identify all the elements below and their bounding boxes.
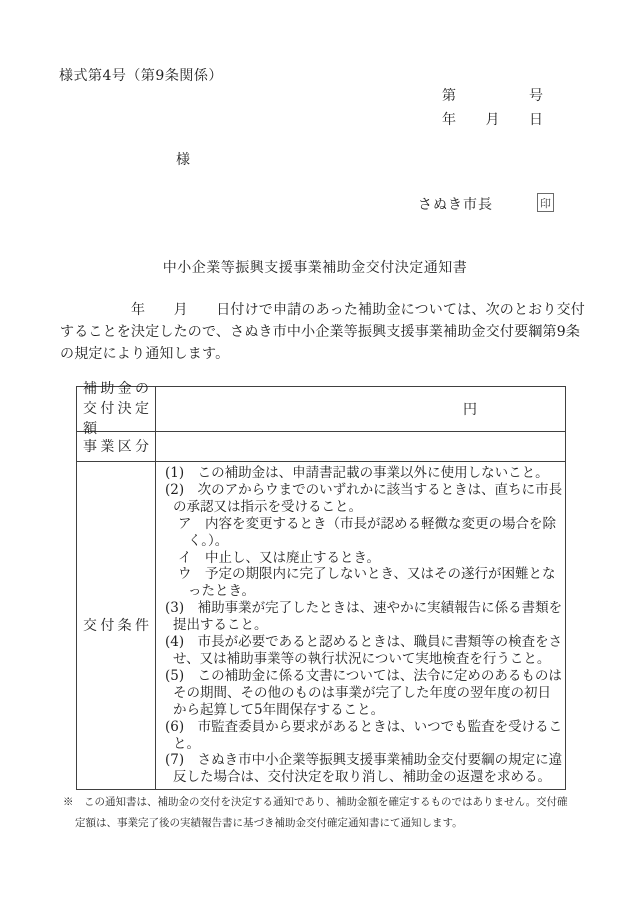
- amount-label-line1: 補助金の: [83, 379, 149, 399]
- conditions-cell: (1) この補助金は、申請書記載の事業以外に使用しないこと。 (2) 次のアから…: [156, 462, 565, 789]
- condition-line: その期間、その他のものは事業が完了した年度の翌年度の初日: [165, 685, 561, 702]
- condition-line: 提出すること。: [165, 617, 561, 634]
- date-line: 年 月 日: [442, 109, 543, 129]
- sender-title: さぬき市長: [418, 194, 493, 214]
- condition-line: (1) この補助金は、申請書記載の事業以外に使用しないこと。: [165, 465, 561, 482]
- body-line: の規定により通知します。: [60, 343, 580, 365]
- condition-line: く。）。: [165, 533, 561, 550]
- date-month-label: 月: [486, 109, 500, 129]
- form-number: 様式第4号（第9条関係）: [59, 65, 223, 85]
- date-year-label: 年: [442, 109, 456, 129]
- condition-line: (4) 市長が必要であると認めるときは、職員に書類等の検査をさ: [165, 634, 561, 651]
- footnote-line: ※ この通知書は、補助金の交付を決定する通知であり、補助金額を確定するものではあ…: [63, 792, 588, 813]
- conditions-label: 交付条件: [77, 462, 156, 789]
- amount-label: 補助金の 交付決定額: [77, 387, 156, 431]
- amount-unit: 円: [463, 399, 477, 419]
- grant-decision-table: 補助金の 交付決定額 円 事業区分 交付条件 (1) この補助金は、申請書記載の…: [76, 386, 566, 790]
- document-page: 様式第4号（第9条関係） 第 号 年 月 日 様 さぬき市長 印 中小企業等振興…: [0, 0, 630, 903]
- condition-line: せ、又は補助事業等の執行状況について実地検査を行うこと。: [165, 651, 561, 668]
- footnote-line: 定額は、事業完了後の実績報告書に基づき補助金交付確定通知書にて通知します。: [63, 813, 588, 834]
- condition-line: 反した場合は、交付決定を取り消し、補助金の返還を求める。: [165, 769, 561, 786]
- category-value-cell: [156, 432, 565, 461]
- condition-line: から起算して5年間保存すること。: [165, 702, 561, 719]
- condition-line: (7) さぬき市中小企業等振興支援事業補助金交付要綱の規定に違: [165, 752, 561, 769]
- condition-line: ったとき。: [165, 583, 561, 600]
- doc-number-prefix: 第: [442, 85, 456, 105]
- conditions-row: 交付条件 (1) この補助金は、申請書記載の事業以外に使用しないこと。 (2) …: [77, 462, 565, 789]
- category-row: 事業区分: [77, 432, 565, 462]
- condition-line: (2) 次のアからウまでのいずれかに該当するときは、直ちに市長: [165, 482, 561, 499]
- body-line: することを決定したので、さぬき市中小企業等振興支援事業補助金交付要綱第9条: [60, 321, 580, 343]
- addressee-honorific: 様: [176, 149, 190, 169]
- condition-line: の承認又は指示を受けること。: [165, 499, 561, 516]
- date-day-label: 日: [529, 109, 543, 129]
- condition-line: イ 中止し、又は廃止するとき。: [165, 550, 561, 567]
- amount-row: 補助金の 交付決定額 円: [77, 387, 565, 432]
- seal-mark: 印: [537, 193, 554, 212]
- condition-line: (3) 補助事業が完了したときは、速やかに実績報告に係る書類を: [165, 600, 561, 617]
- doc-number-suffix: 号: [529, 85, 543, 105]
- condition-line: ウ 予定の期限内に完了しないとき、又はその遂行が困難とな: [165, 566, 561, 583]
- body-line: 年 月 日付けで申請のあった補助金については、次のとおり交付: [60, 299, 580, 321]
- footnote: ※ この通知書は、補助金の交付を決定する通知であり、補助金額を確定するものではあ…: [63, 792, 588, 834]
- document-title: 中小企業等振興支援事業補助金交付決定通知書: [0, 257, 630, 277]
- condition-line: (6) 市監査委員から要求があるときは、いつでも監査を受けるこ: [165, 719, 561, 736]
- condition-line: と。: [165, 736, 561, 753]
- body-paragraph: 年 月 日付けで申請のあった補助金については、次のとおり交付 することを決定した…: [60, 299, 580, 365]
- condition-line: (5) この補助金に係る文書については、法令に定めのあるものは: [165, 668, 561, 685]
- amount-value-cell: 円: [156, 387, 565, 431]
- document-number-line: 第 号: [442, 85, 543, 105]
- category-label: 事業区分: [77, 432, 156, 461]
- condition-line: ア 内容を変更するとき（市長が認める軽微な変更の場合を除: [165, 516, 561, 533]
